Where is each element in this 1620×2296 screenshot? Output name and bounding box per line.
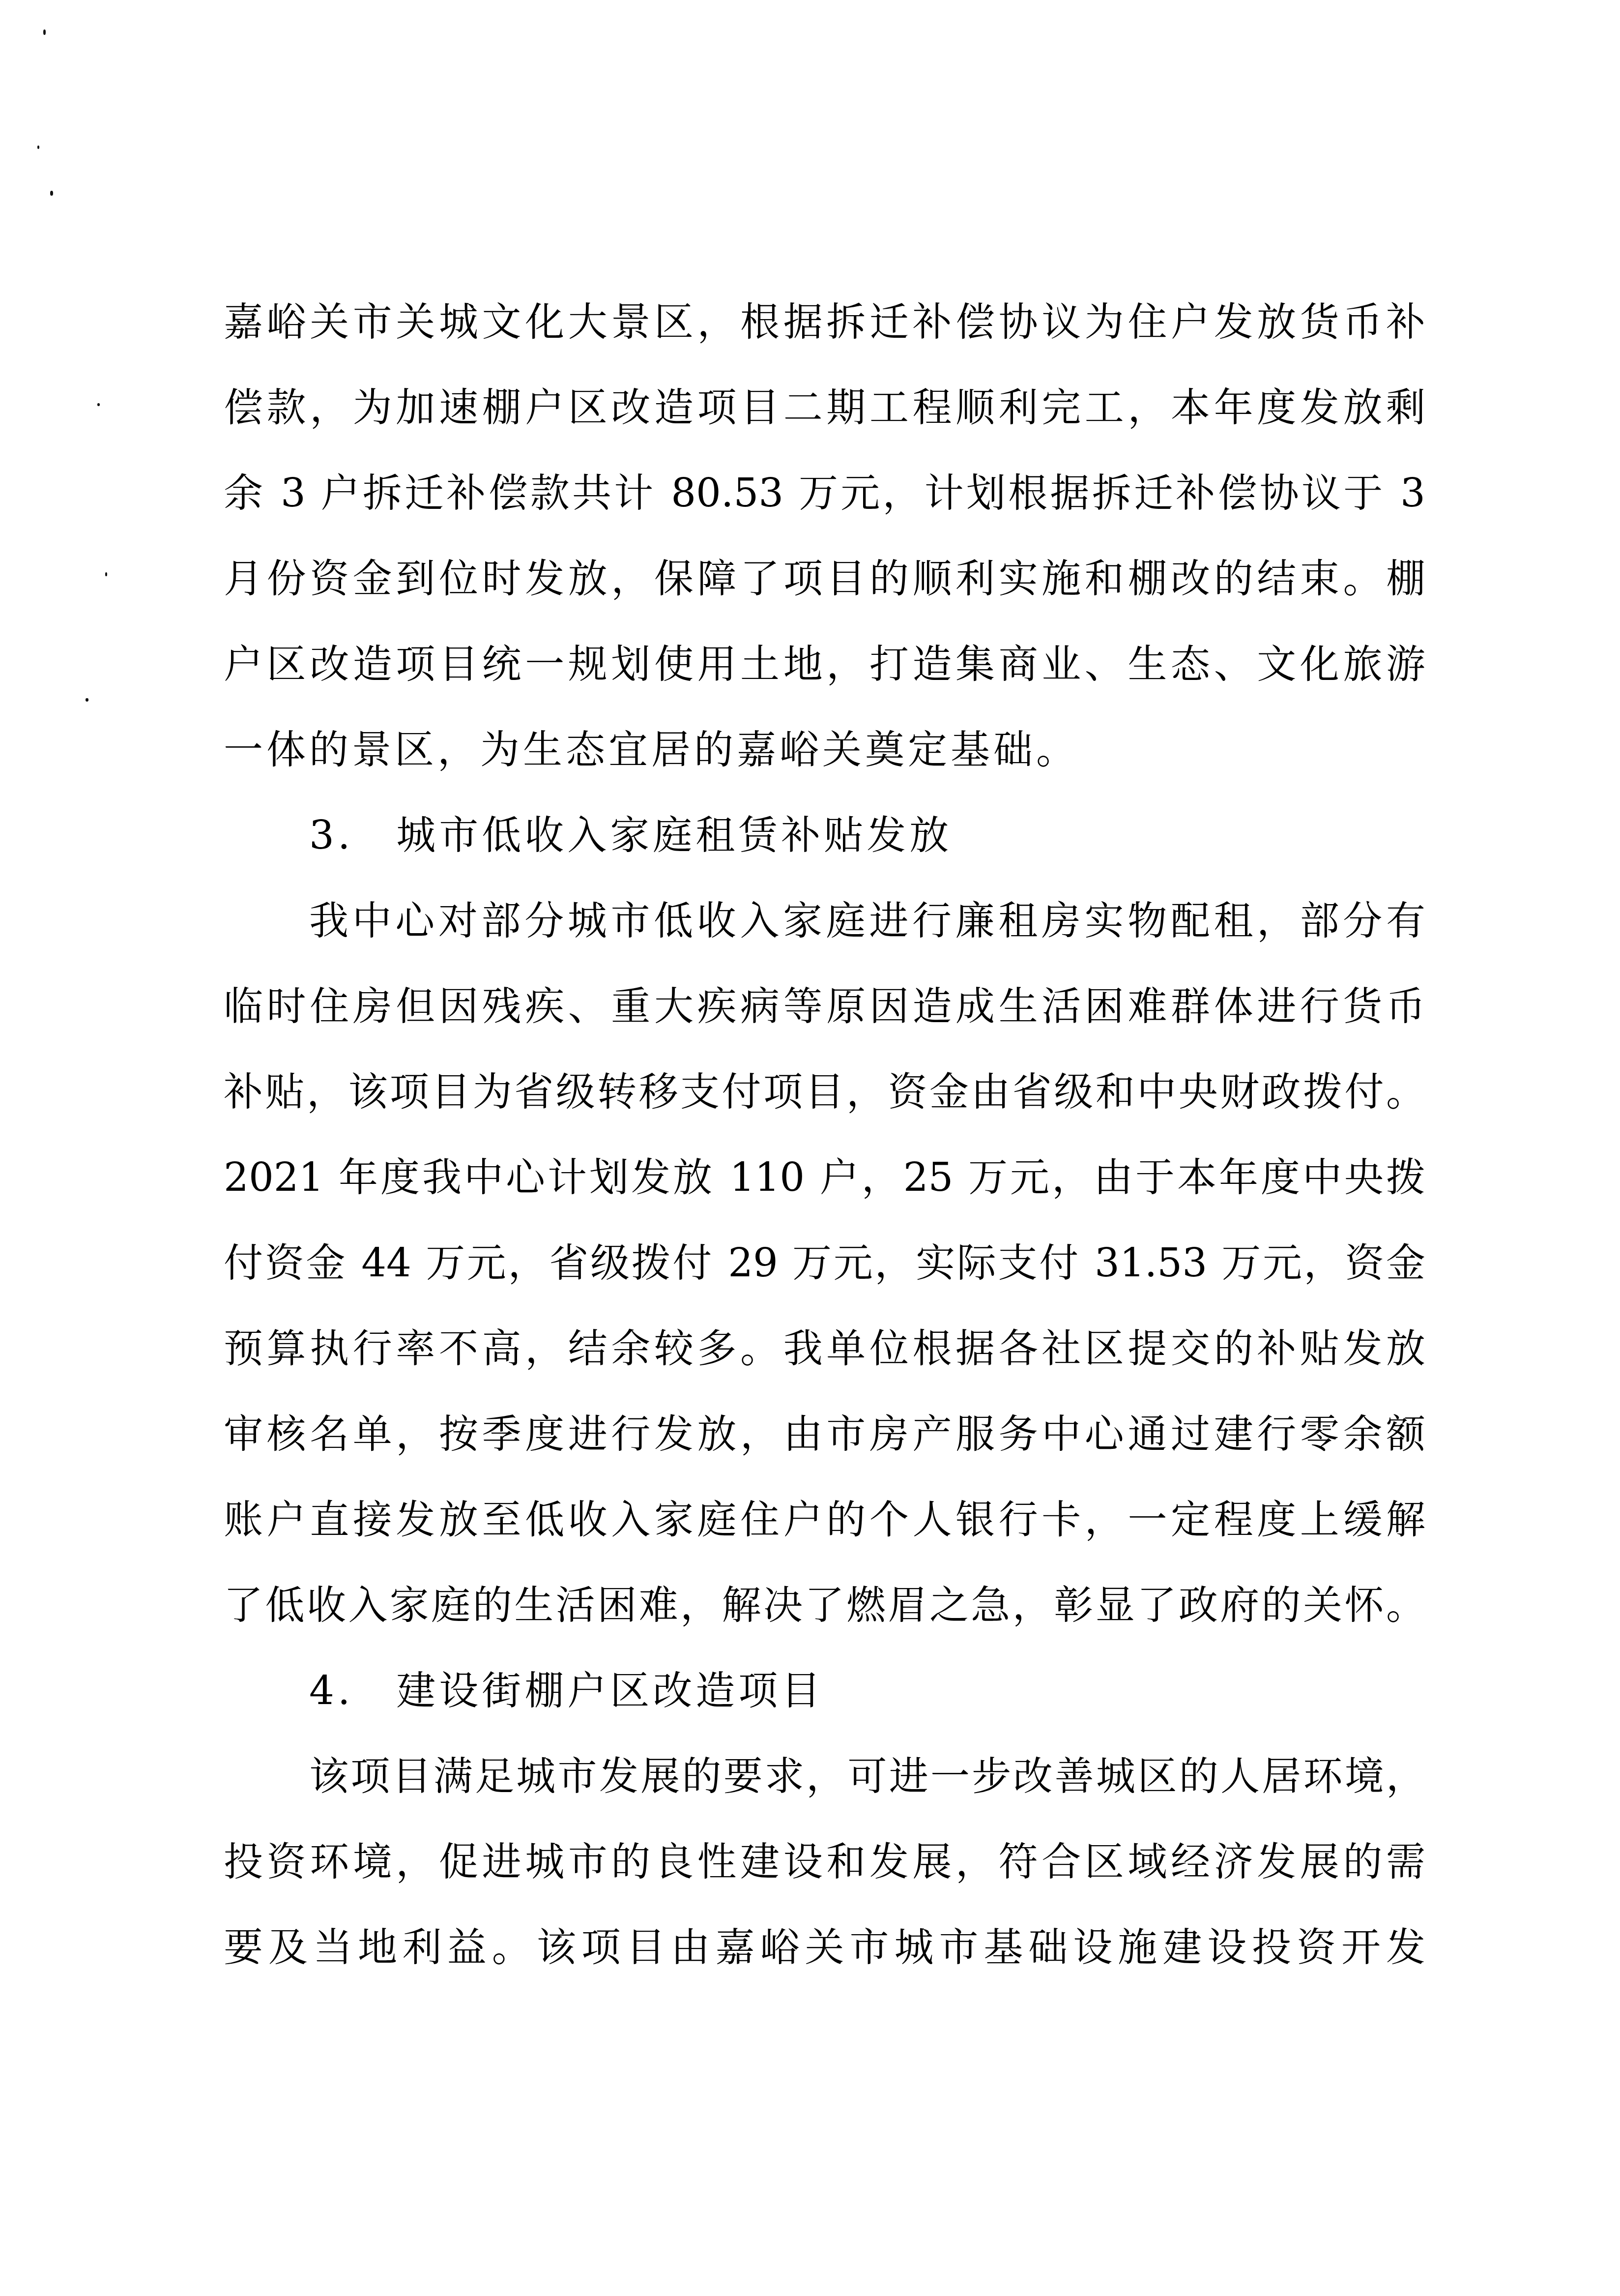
text-line: 嘉峪关市关城文化大景区，根据拆迁补偿协议为住户发放货币补: [224, 279, 1425, 365]
text-line: 偿款，为加速棚户区改造项目二期工程顺利完工，本年度发放剩: [224, 365, 1425, 450]
text-line: 该项目满足城市发展的要求，可进一步改善城区的人居环境，: [224, 1734, 1425, 1819]
scan-speck: [37, 146, 39, 149]
scanned-document-page: 嘉峪关市关城文化大景区，根据拆迁补偿协议为住户发放货币补偿款，为加速棚户区改造项…: [0, 0, 1620, 2296]
text-line: 审核名单，按季度进行发放，由市房产服务中心通过建行零余额: [224, 1391, 1425, 1477]
scan-speck: [86, 698, 88, 702]
text-line: 临时住房但因残疾、重大疾病等原因造成生活困难群体进行货币: [224, 964, 1425, 1049]
text-line: 户区改造项目统一规划使用土地，打造集商业、生态、文化旅游: [224, 621, 1425, 707]
text-line: 账户直接发放至低收入家庭住户的个人银行卡，一定程度上缓解: [224, 1477, 1425, 1562]
text-line: 余 3 户拆迁补偿款共计 80.53 万元，计划根据拆迁补偿协议于 3: [224, 450, 1425, 536]
scan-speck: [43, 29, 46, 35]
heading-line: 4. 建设街棚户区改造项目: [224, 1648, 1425, 1734]
text-line: 了低收入家庭的生活困难，解决了燃眉之急，彰显了政府的关怀。: [224, 1562, 1425, 1648]
text-line: 要及当地利益。该项目由嘉峪关市城市基础设施建设投资开发: [224, 1905, 1425, 1990]
text-line: 预算执行率不高，结余较多。我单位根据各社区提交的补贴发放: [224, 1306, 1425, 1391]
scan-speck: [50, 191, 53, 196]
scan-speck: [97, 403, 100, 406]
text-line: 付资金 44 万元，省级拨付 29 万元，实际支付 31.53 万元，资金: [224, 1220, 1425, 1306]
text-line: 我中心对部分城市低收入家庭进行廉租房实物配租，部分有: [224, 878, 1425, 964]
scan-speck: [105, 572, 107, 576]
text-line: 补贴，该项目为省级转移支付项目，资金由省级和中央财政拨付。: [224, 1049, 1425, 1135]
document-text-block: 嘉峪关市关城文化大景区，根据拆迁补偿协议为住户发放货币补偿款，为加速棚户区改造项…: [224, 279, 1425, 1990]
heading-line: 3. 城市低收入家庭租赁补贴发放: [224, 793, 1425, 878]
text-line: 2021 年度我中心计划发放 110 户，25 万元，由于本年度中央拨: [224, 1135, 1425, 1220]
text-line: 一体的景区，为生态宜居的嘉峪关奠定基础。: [224, 707, 1425, 793]
text-line: 月份资金到位时发放，保障了项目的顺利实施和棚改的结束。棚: [224, 536, 1425, 621]
text-line: 投资环境，促进城市的良性建设和发展，符合区域经济发展的需: [224, 1819, 1425, 1905]
